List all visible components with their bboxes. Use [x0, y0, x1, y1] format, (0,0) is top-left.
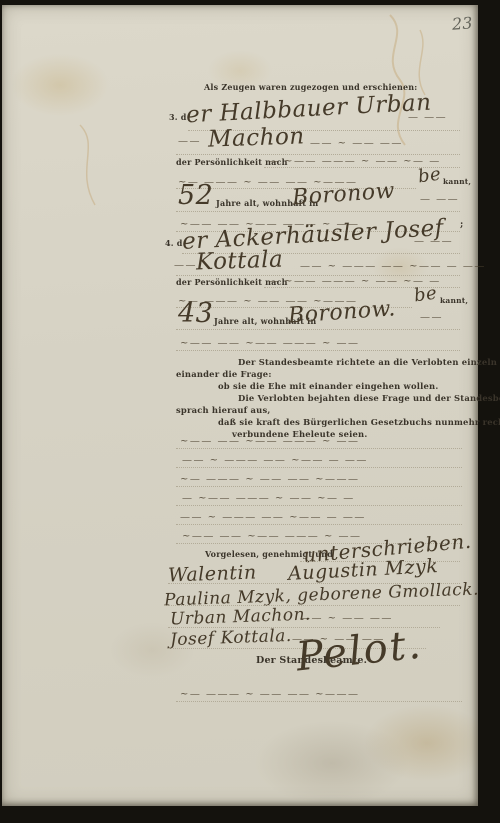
- witness4-known-printed: kannt,: [440, 296, 468, 305]
- ruled-line: [176, 447, 462, 449]
- filler-strokes: — ——: [420, 194, 459, 205]
- ruled-line: [176, 210, 460, 212]
- ruled-line: [176, 466, 462, 468]
- declaration-line: Der Standesbeamte richtete an die Verlob…: [238, 357, 500, 367]
- ruled-line: [176, 523, 462, 525]
- declaration-line: sprach hierauf aus,: [176, 405, 271, 415]
- filler-strokes: ——: [178, 136, 201, 147]
- witness4-name-line2: Kottala: [196, 246, 284, 275]
- filler-strokes: —— ~ ——— —— ~—— — ——: [300, 261, 486, 272]
- declaration-line: Die Verlobten bejahten diese Frage und d…: [238, 393, 500, 403]
- witness4-age: 43: [178, 298, 213, 329]
- witness3-known-hand: be: [417, 163, 443, 187]
- declaration-line: daß sie kraft des Bürgerlichen Gesetzbuc…: [218, 417, 500, 427]
- filler-strokes: ~— ——— ~ —— —— ~———: [180, 474, 360, 485]
- ruled-line: [176, 153, 460, 155]
- ruled-line: [176, 328, 460, 330]
- ruled-line: [164, 604, 460, 606]
- witness3-name-line2: Machon: [208, 123, 305, 152]
- filler-strokes: — ——: [408, 112, 447, 123]
- ink-bleed-mark: [70, 120, 130, 210]
- witness4-index: 4. d: [165, 238, 183, 248]
- ruled-line: [176, 700, 462, 702]
- filler-strokes: ——: [420, 312, 443, 323]
- scanned-registry-page: { "page": { "number": "23" }, "colors": …: [0, 0, 500, 823]
- filler-strokes: ~— ——— ~ —— —— ~———: [180, 689, 360, 700]
- witness3-index: 3. d: [169, 112, 187, 122]
- witness3-known-printed: kannt,: [443, 177, 471, 186]
- page-number: 23: [451, 13, 473, 33]
- declaration-line: ob sie die Ehe mit einander eingehen wol…: [218, 381, 438, 391]
- filler-strokes: — ~—— ——— ~ —— ~— —: [268, 156, 441, 167]
- witness3-separator: ;: [460, 220, 464, 230]
- filler-strokes: ~—— —— ~—— ——— ~ ——: [180, 436, 360, 447]
- ruled-line: [176, 504, 462, 506]
- ruled-line: [176, 349, 460, 351]
- filler-strokes: ——: [174, 260, 197, 271]
- filler-strokes: — ~—— ——— ~ —— ~— —: [182, 493, 355, 504]
- filler-strokes: — ——: [414, 236, 453, 247]
- filler-strokes: ~—— —— ~—— ——— ~ ——: [180, 338, 360, 349]
- filler-strokes: —— ~ ——— —— ~—— — ——: [180, 512, 366, 523]
- declaration-line: einander die Frage:: [176, 369, 272, 379]
- witness3-age: 52: [178, 180, 213, 211]
- witness-intro-text: Als Zeugen waren zugezogen und erschiene…: [204, 82, 417, 92]
- filler-strokes: —— ~ —— ——: [310, 138, 403, 149]
- filler-strokes: —— ~ —— ——: [300, 613, 393, 624]
- ruled-line: [176, 485, 462, 487]
- filler-strokes: —— ~ ——— —— ~—— — ——: [182, 455, 368, 466]
- witness4-known-hand: be: [413, 282, 439, 306]
